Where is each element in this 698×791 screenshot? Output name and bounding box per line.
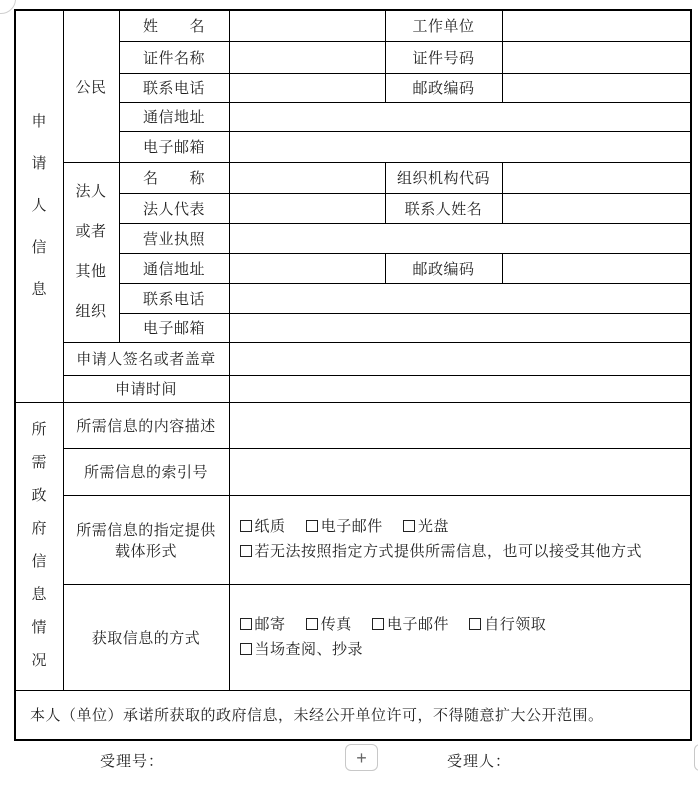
fax-checkbox[interactable] [306, 618, 318, 630]
self-pickup-checkbox[interactable] [469, 618, 481, 630]
org-address-label: 通信地址 [119, 253, 229, 283]
self-pickup-checkbox-label: 自行领取 [484, 617, 546, 633]
obtain-method-label: 获取信息的方式 [63, 584, 229, 690]
acceptance-person-label: 受理人： [447, 750, 511, 771]
org-address-value[interactable] [229, 253, 385, 283]
org-legal-rep-value[interactable] [229, 193, 385, 223]
email-carrier-checkbox[interactable] [306, 520, 318, 532]
carrier-options-line1: 纸质 电子邮件 光盘 [240, 517, 687, 537]
citizen-email-value[interactable] [229, 131, 691, 162]
citizen-work-unit-value[interactable] [502, 10, 691, 41]
apply-time-value[interactable] [229, 375, 691, 402]
accept-other-checkbox-label: 若无法按照指定方式提供所需信息，也可以接受其他方式 [255, 544, 643, 560]
carrier-option-other: 若无法按照指定方式提供所需信息，也可以接受其他方式 [240, 542, 643, 562]
paper-checkbox-label: 纸质 [255, 519, 286, 535]
obtain-options-line2: 当场查阅、抄录 [240, 640, 687, 660]
obtain-option-onsite: 当场查阅、抄录 [240, 640, 364, 660]
index-no-label: 所需信息的索引号 [63, 448, 229, 495]
acceptance-number-label: 受理号： [100, 750, 164, 771]
obtain-email-checkbox[interactable] [372, 618, 384, 630]
cd-checkbox[interactable] [403, 520, 415, 532]
citizen-phone-value[interactable] [229, 73, 385, 102]
org-email-value[interactable] [229, 313, 691, 342]
carrier-format-label: 所需信息的指定提供 载体形式 [63, 495, 229, 584]
citizen-phone-label: 联系电话 [119, 73, 229, 102]
citizen-postcode-value[interactable] [502, 73, 691, 102]
group-organization-label: 法人 或者 其他 组织 [63, 162, 119, 342]
citizen-id-type-label: 证件名称 [119, 41, 229, 73]
citizen-name-label: 姓 名 [119, 10, 229, 41]
obtain-option-mail: 邮寄 [240, 615, 286, 635]
partial-button-right-edge[interactable] [694, 744, 698, 771]
org-phone-label: 联系电话 [119, 283, 229, 313]
org-legal-rep-label: 法人代表 [119, 193, 229, 223]
content-desc-label: 所需信息的内容描述 [63, 402, 229, 448]
add-button[interactable]: + [345, 744, 378, 771]
org-phone-value[interactable] [229, 283, 691, 313]
citizen-email-label: 电子邮箱 [119, 131, 229, 162]
citizen-work-unit-label: 工作单位 [385, 10, 502, 41]
org-name-label: 名 称 [119, 162, 229, 193]
cd-checkbox-label: 光盘 [418, 519, 449, 535]
section-applicant-title: 申 请 人 信 息 [15, 10, 63, 402]
signature-label: 申请人签名或者盖章 [63, 342, 229, 375]
obtain-option-email: 电子邮件 [372, 615, 449, 635]
citizen-id-number-value[interactable] [502, 41, 691, 73]
obtain-option-pickup: 自行领取 [469, 615, 546, 635]
promise-statement: 本人（单位）承诺所获取的政府信息，未经公开单位许可，不得随意扩大公开范围。 [15, 690, 691, 740]
citizen-postcode-label: 邮政编码 [385, 73, 502, 102]
paper-checkbox[interactable] [240, 520, 252, 532]
content-desc-value[interactable] [229, 402, 691, 448]
onsite-read-checkbox[interactable] [240, 643, 252, 655]
signature-value[interactable] [229, 342, 691, 375]
fax-checkbox-label: 传真 [321, 617, 352, 633]
index-no-value[interactable] [229, 448, 691, 495]
group-citizen-label: 公民 [63, 10, 119, 162]
obtain-email-checkbox-label: 电子邮件 [387, 617, 449, 633]
org-license-label: 营业执照 [119, 223, 229, 253]
org-postcode-value[interactable] [502, 253, 691, 283]
application-form-page: 申 请 人 信 息 公民 姓 名 工作单位 证件名称 证件号码 联系电话 邮政编… [0, 0, 698, 791]
mail-checkbox-label: 邮寄 [255, 617, 286, 633]
carrier-options-line2: 若无法按照指定方式提供所需信息，也可以接受其他方式 [240, 542, 687, 562]
obtain-options-line1: 邮寄 传真 电子邮件 自行领取 [240, 615, 687, 635]
section-info-title: 所 需 政 府 信 息 情 况 [15, 402, 63, 690]
citizen-id-number-label: 证件号码 [385, 41, 502, 73]
obtain-option-fax: 传真 [306, 615, 352, 635]
org-postcode-label: 邮政编码 [385, 253, 502, 283]
citizen-id-type-value[interactable] [229, 41, 385, 73]
carrier-option-email: 电子邮件 [306, 517, 383, 537]
mail-checkbox[interactable] [240, 618, 252, 630]
accept-other-checkbox[interactable] [240, 545, 252, 557]
carrier-option-cd: 光盘 [403, 517, 449, 537]
citizen-address-label: 通信地址 [119, 102, 229, 131]
apply-time-label: 申请时间 [63, 375, 229, 402]
org-code-label: 组织机构代码 [385, 162, 502, 193]
org-license-value[interactable] [229, 223, 691, 253]
obtain-method-options: 邮寄 传真 电子邮件 自行领取 当场查阅、抄录 [229, 584, 691, 690]
carrier-format-options: 纸质 电子邮件 光盘 若无法按照指定方式提供所需信息，也可以接受其他方式 [229, 495, 691, 584]
citizen-name-value[interactable] [229, 10, 385, 41]
org-contact-name-value[interactable] [502, 193, 691, 223]
org-name-value[interactable] [229, 162, 385, 193]
org-code-value[interactable] [502, 162, 691, 193]
org-contact-name-label: 联系人姓名 [385, 193, 502, 223]
org-email-label: 电子邮箱 [119, 313, 229, 342]
citizen-address-value[interactable] [229, 102, 691, 131]
application-form-table: 申 请 人 信 息 公民 姓 名 工作单位 证件名称 证件号码 联系电话 邮政编… [14, 9, 692, 741]
email-carrier-checkbox-label: 电子邮件 [321, 519, 383, 535]
carrier-option-paper: 纸质 [240, 517, 286, 537]
onsite-read-checkbox-label: 当场查阅、抄录 [255, 642, 364, 658]
